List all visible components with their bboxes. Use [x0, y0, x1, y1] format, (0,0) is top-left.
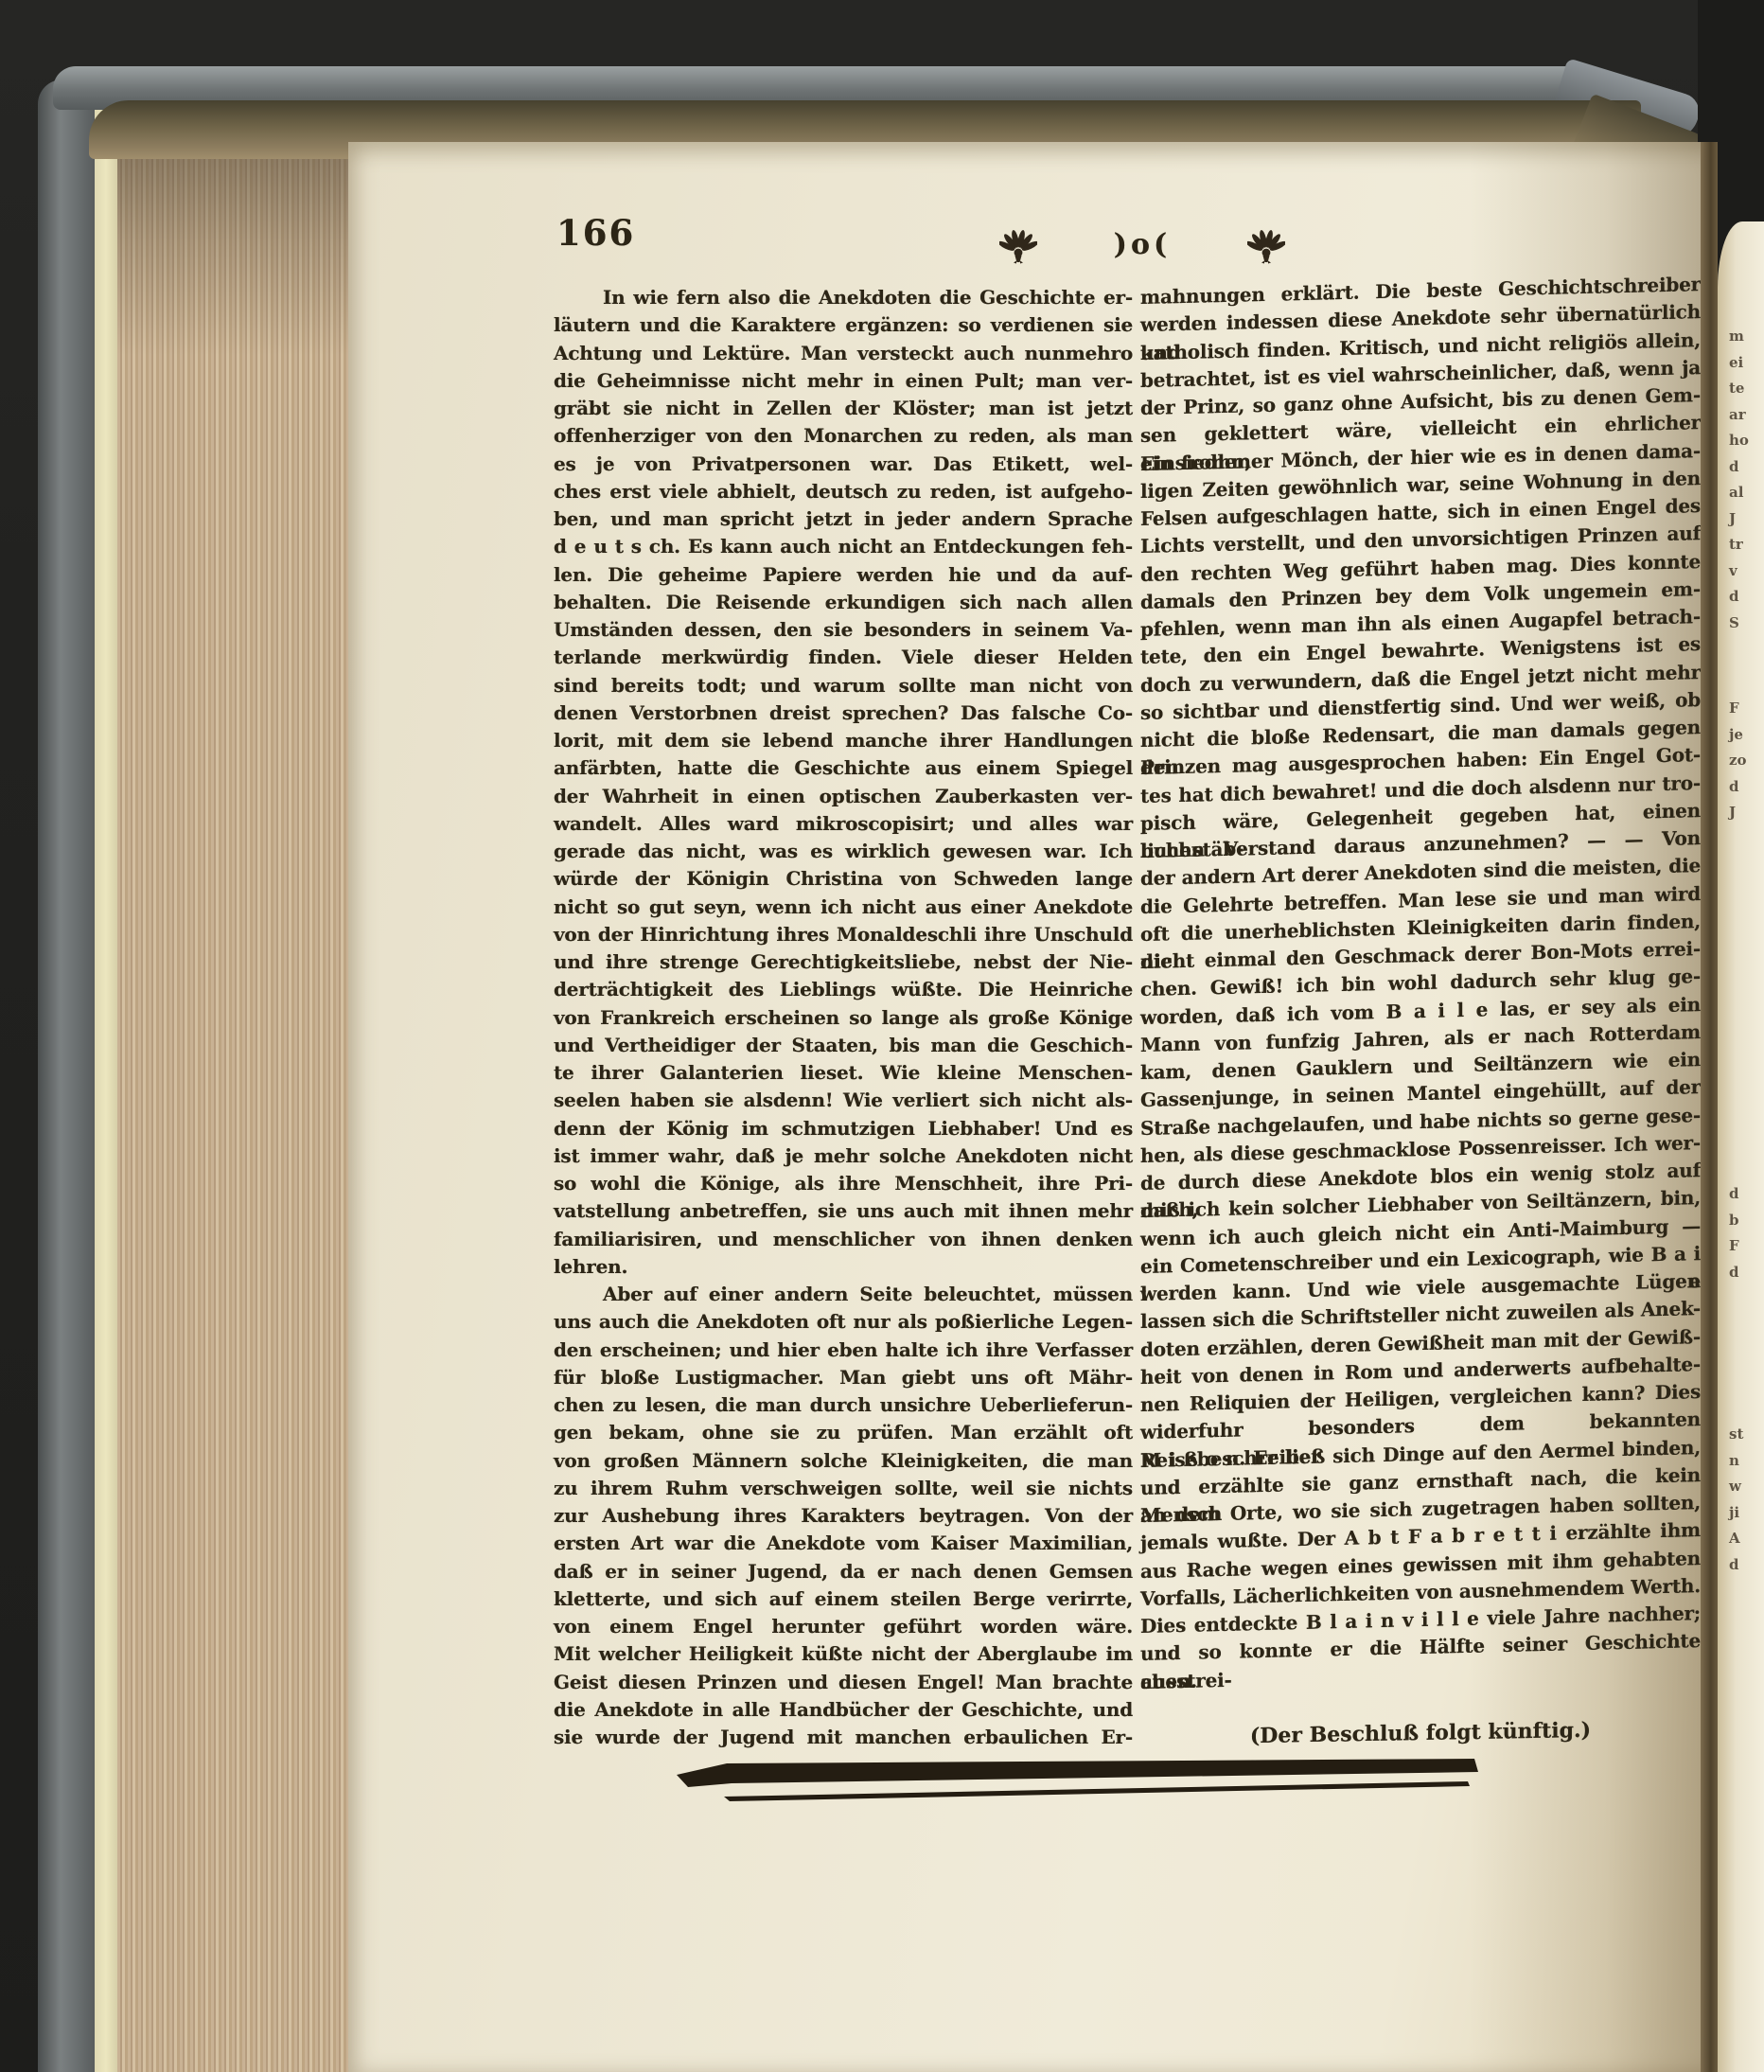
next-page-text-fragment: b	[1729, 1212, 1739, 1229]
book-cover-cloth-left-edge	[38, 80, 95, 2072]
next-page-text-fragment: ji	[1729, 1504, 1739, 1521]
next-page-text-fragment: d	[1729, 1556, 1739, 1573]
signature-mark: )o(	[1114, 228, 1171, 261]
next-page-text-fragment: F	[1729, 700, 1739, 717]
next-page-edge: meitearhodalJtrvdSFjezodJdbFdstnwjiAd	[1718, 221, 1764, 2072]
text-line: und ihre strenge Gerechtigkeitsliebe, ne…	[554, 948, 1133, 976]
text-line: denn der König im schmutzigen Liebhaber!…	[554, 1115, 1133, 1142]
text-line: uns auch die Anekdoten oft nur als poßie…	[554, 1308, 1133, 1336]
text-line: zur Aushebung ihres Karakters beytragen.…	[554, 1502, 1133, 1530]
text-line: behalten. Die Reisende erkundigen sich n…	[554, 589, 1133, 616]
text-line: Geist diesen Prinzen und diesen Engel! M…	[554, 1669, 1133, 1696]
text-line: die Geheimnisse nicht mehr in einen Pult…	[554, 367, 1133, 395]
book-page: 166 )o(	[348, 142, 1715, 2072]
text-line: den erscheinen; und hier eben halte ich …	[554, 1337, 1133, 1364]
next-page-text-fragment: J	[1729, 510, 1736, 527]
right-column: mahnungen erklärt. Die beste Geschichtsc…	[1140, 271, 1701, 1696]
next-page-text-fragment: A	[1729, 1530, 1740, 1547]
text-line: die Anekdote in alle Handbücher der Gesc…	[554, 1696, 1133, 1724]
next-page-text-fragment: S	[1729, 614, 1739, 631]
next-page-text-fragment: d	[1729, 1264, 1739, 1281]
page-block-fore-edge	[117, 110, 350, 2072]
next-page-text-fragment: d	[1729, 588, 1739, 605]
text-line: von der Hinrichtung ihres Monaldeschli i…	[554, 921, 1133, 948]
next-page-text-fragment: tr	[1729, 536, 1743, 553]
text-line: ist immer wahr, daß je mehr solche Anekd…	[554, 1142, 1133, 1170]
text-line: und Vertheidiger der Staaten, bis man di…	[554, 1032, 1133, 1059]
text-line: d e u t s ch. Es kann auch nicht an Entd…	[554, 533, 1133, 560]
text-line: von großen Männern solche Kleinigkeiten,…	[554, 1447, 1133, 1475]
next-page-text-fragment: st	[1729, 1426, 1743, 1443]
text-line: kletterte, und sich auf einem steilen Be…	[554, 1585, 1133, 1613]
text-line: Achtung und Lektüre. Man versteckt auch …	[554, 340, 1133, 367]
text-line: nicht so gut seyn, wenn ich nicht aus ei…	[554, 894, 1133, 921]
next-page-text-fragment: m	[1729, 328, 1744, 345]
next-page-text-fragment: d	[1729, 1185, 1739, 1202]
shell-ornament-icon	[999, 227, 1037, 265]
next-page-text-fragment: v	[1729, 562, 1738, 579]
text-line: ersten Art war die Anekdote vom Kaiser M…	[554, 1530, 1133, 1557]
next-page-text-fragment: n	[1729, 1452, 1739, 1469]
next-page-text-fragment: je	[1729, 726, 1743, 743]
text-line: Umständen dessen, den sie besonders in s…	[554, 616, 1133, 644]
next-page-text-fragment: F	[1729, 1237, 1739, 1254]
text-line: derträchtigkeit des Lieblings wüßte. Die…	[554, 976, 1133, 1003]
text-line: familiarisiren, und menschlicher von ihn…	[554, 1226, 1133, 1253]
next-page-text-fragment: zo	[1729, 752, 1747, 769]
next-page-text-fragment: ho	[1729, 432, 1749, 449]
next-page-text-fragment: ar	[1729, 406, 1746, 423]
text-line: In wie fern also die Anekdoten die Gesch…	[554, 284, 1133, 311]
text-line: Aber auf einer andern Seite beleuchtet, …	[554, 1281, 1133, 1308]
text-line: gräbt sie nicht in Zellen der Klöster; m…	[554, 395, 1133, 422]
text-line: der Wahrheit in einen optischen Zauberka…	[554, 783, 1133, 810]
text-line: daß er in seiner Jugend, da er nach dene…	[554, 1558, 1133, 1585]
text-line: Mit welcher Heiligkeit küßte nicht der A…	[554, 1640, 1133, 1668]
text-line: läutern und die Karaktere ergänzen: so v…	[554, 311, 1133, 339]
text-line: denen Verstorbnen dreist sprechen? Das f…	[554, 700, 1133, 727]
text-line: chen zu lesen, die man durch unsichre Ue…	[554, 1391, 1133, 1419]
text-line: vatstellung anbetreffen, sie uns auch mi…	[554, 1197, 1133, 1225]
closing-note: (Der Beschluß folgt künftig.)	[1140, 1716, 1701, 1750]
next-page-text-fragment: d	[1729, 778, 1739, 795]
next-page-text-fragment: J	[1729, 804, 1736, 821]
text-line: lorit, mit dem sie lebend manche ihrer H…	[554, 727, 1133, 754]
text-line: anfärbten, hatte die Geschichte aus eine…	[554, 754, 1133, 782]
cover-board-edge	[95, 102, 117, 2072]
text-line: len. Die geheime Papiere werden hie und …	[554, 561, 1133, 589]
next-page-text-fragment: w	[1729, 1478, 1741, 1495]
text-line: wandelt. Alles ward mikroscopisirt; und …	[554, 810, 1133, 838]
text-line: gen bekam, ohne sie zu prüfen. Man erzäh…	[554, 1419, 1133, 1446]
shell-ornament-icon	[1247, 227, 1285, 265]
header-ornaments: )o(	[999, 221, 1285, 271]
end-rule	[675, 1759, 1489, 1810]
text-line: terlande merkwürdig finden. Viele dieser…	[554, 644, 1133, 671]
next-page-text-fragment: te	[1729, 380, 1744, 397]
text-line: für bloße Lustigmacher. Man giebt uns of…	[554, 1364, 1133, 1391]
text-line: te ihrer Galanterien lieset. Wie kleine …	[554, 1059, 1133, 1087]
gutter-crease	[1701, 142, 1718, 2072]
left-column: In wie fern also die Anekdoten die Gesch…	[554, 284, 1133, 1751]
text-line: von Frankreich erscheinen so lange als g…	[554, 1004, 1133, 1032]
next-page-text-fragment: ei	[1729, 354, 1743, 371]
text-line: offenherziger von den Monarchen zu reden…	[554, 422, 1133, 450]
text-line: es je von Privatpersonen war. Das Etiket…	[554, 451, 1133, 478]
text-line: sie wurde der Jugend mit manchen erbauli…	[554, 1724, 1133, 1751]
text-line: ben, und man spricht jetzt in jeder ande…	[554, 505, 1133, 533]
text-line: gerade das nicht, was es wirklich gewese…	[554, 838, 1133, 865]
text-line: zu ihrem Ruhm verschweigen sollte, weil …	[554, 1475, 1133, 1502]
text-line: würde der Königin Christina von Schweden…	[554, 865, 1133, 893]
text-line: so wohl die Könige, als ihre Menschheit,…	[554, 1170, 1133, 1197]
text-line: seelen haben sie alsdenn! Wie verliert s…	[554, 1087, 1133, 1114]
next-page-text-fragment: d	[1729, 458, 1739, 475]
text-line: ches erst viele abhielt, deutsch zu rede…	[554, 478, 1133, 505]
book-scan-photo: { "page": { "number": "166", "header_orn…	[0, 0, 1764, 2072]
text-line: lehren.	[554, 1253, 1133, 1281]
text-line: von einem Engel herunter geführt worden …	[554, 1613, 1133, 1640]
text-line: sind bereits todt; und warum sollte man …	[554, 672, 1133, 700]
page-number: 166	[556, 212, 635, 254]
next-page-text-fragment: al	[1729, 484, 1743, 501]
